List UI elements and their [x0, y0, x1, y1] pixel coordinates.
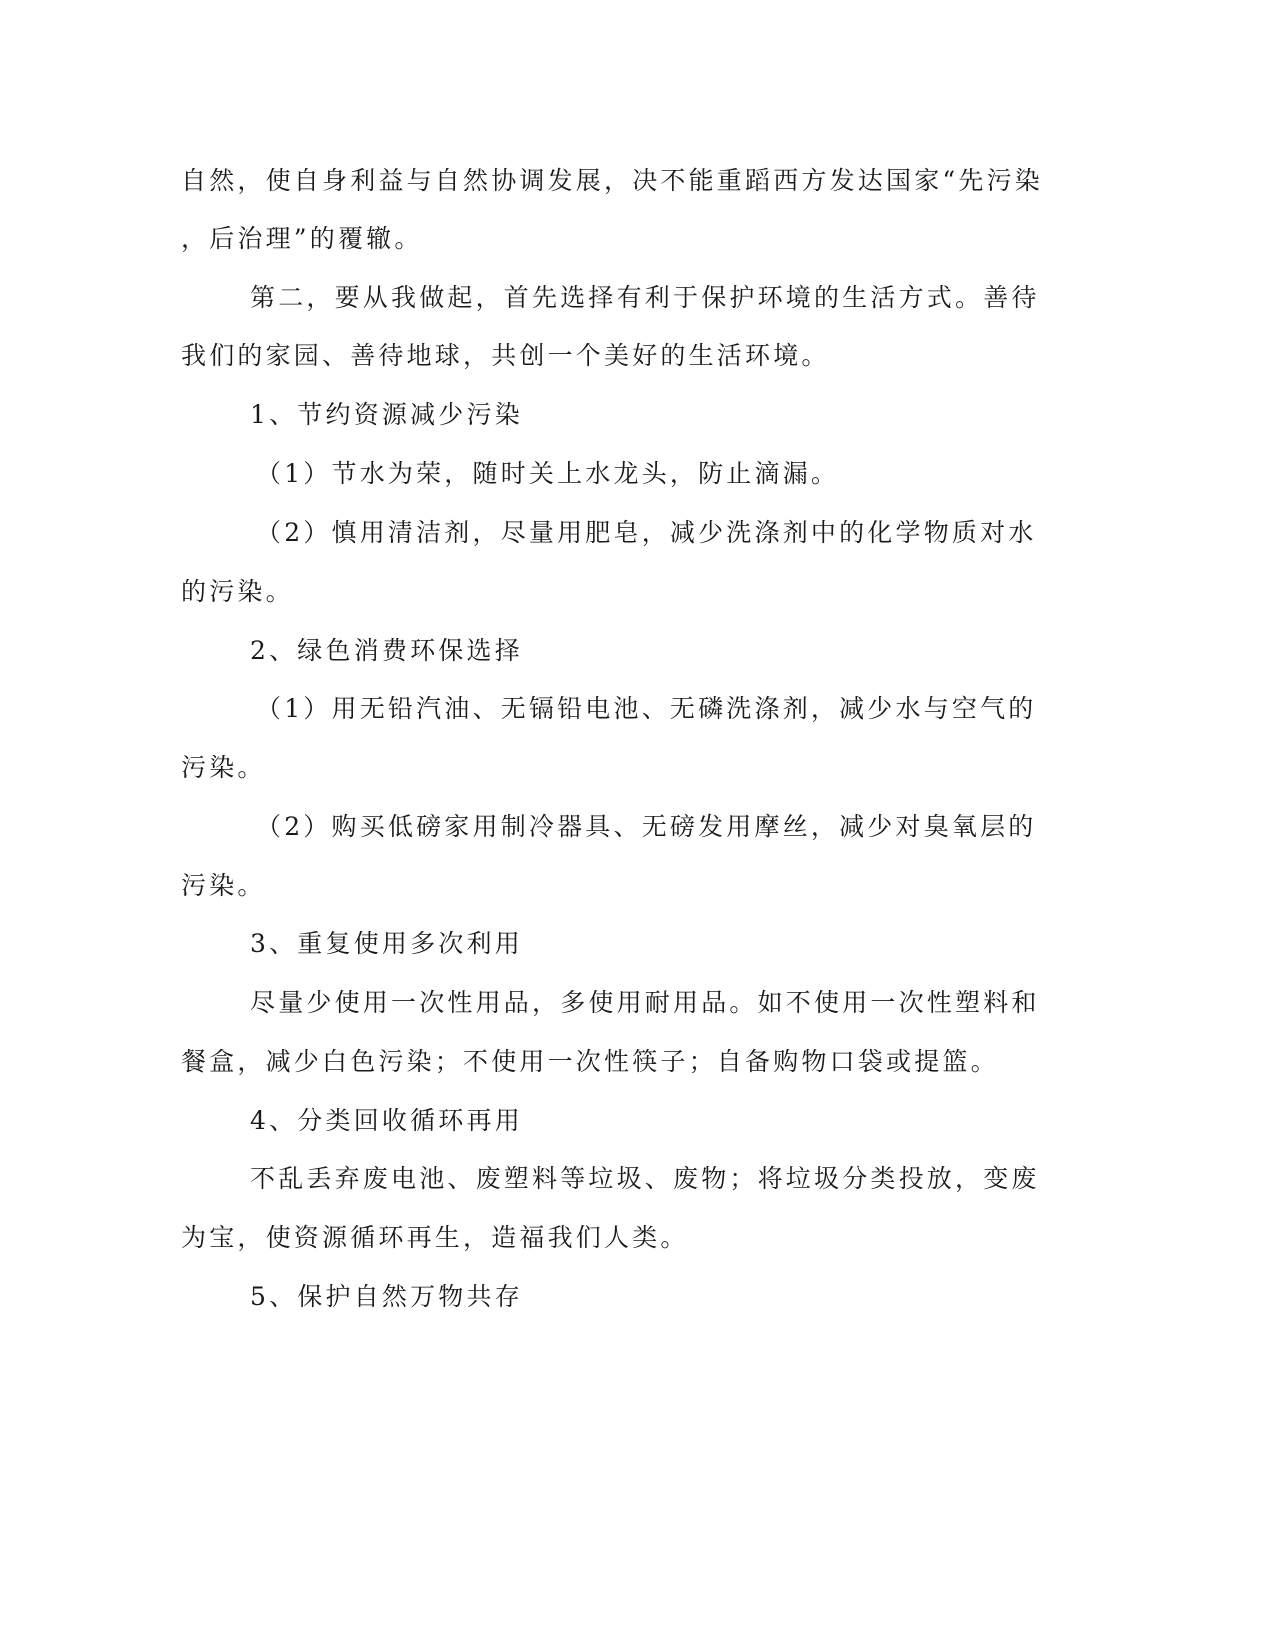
paragraph-line: 餐盒，减少白色污染；不使用一次性筷子；自备购物口袋或提篮。	[181, 1047, 999, 1077]
paragraph-line: 污染。	[181, 871, 266, 901]
section-heading-5: 5、保护自然万物共存	[250, 1282, 523, 1312]
list-item: （1）节水为荣，随时关上水龙头，防止滴漏。	[256, 459, 839, 489]
section-heading-2: 2、绿色消费环保选择	[250, 636, 523, 666]
list-item: （2）购买低磅家用制冷器具、无磅发用摩丝，减少对臭氧层的	[256, 812, 1037, 842]
paragraph-line: 为宝，使资源循环再生，造福我们人类。	[181, 1223, 689, 1253]
paragraph-line: 的污染。	[181, 577, 294, 607]
list-item: （2）慎用清洁剂，尽量用肥皂，减少洗涤剂中的化学物质对水	[256, 518, 1037, 548]
paragraph-line: 我们的家园、善待地球，共创一个美好的生活环境。	[181, 341, 830, 371]
paragraph-line: 自然，使自身利益与自然协调发展，决不能重蹈西方发达国家“先污染	[181, 166, 1043, 196]
paragraph-line: 第二，要从我做起，首先选择有利于保护环境的生活方式。善待	[250, 283, 1040, 313]
section-heading-4: 4、分类回收循环再用	[250, 1106, 523, 1136]
section-heading-3: 3、重复使用多次利用	[250, 929, 523, 959]
paragraph-line: ，后治理”的覆辙。	[181, 224, 423, 254]
paragraph-line: 污染。	[181, 753, 266, 783]
list-item: （1）用无铅汽油、无镉铅电池、无磷洗涤剂，减少水与空气的	[256, 694, 1037, 724]
paragraph-line: 不乱丢弃废电池、废塑料等垃圾、废物；将垃圾分类投放，变废	[250, 1164, 1040, 1194]
document-page: 自然，使自身利益与自然协调发展，决不能重蹈西方发达国家“先污染 ，后治理”的覆辙…	[0, 0, 1275, 1650]
section-heading-1: 1、节约资源减少污染	[250, 400, 523, 430]
paragraph-line: 尽量少使用一次性用品，多使用耐用品。如不使用一次性塑料和	[250, 988, 1040, 1018]
